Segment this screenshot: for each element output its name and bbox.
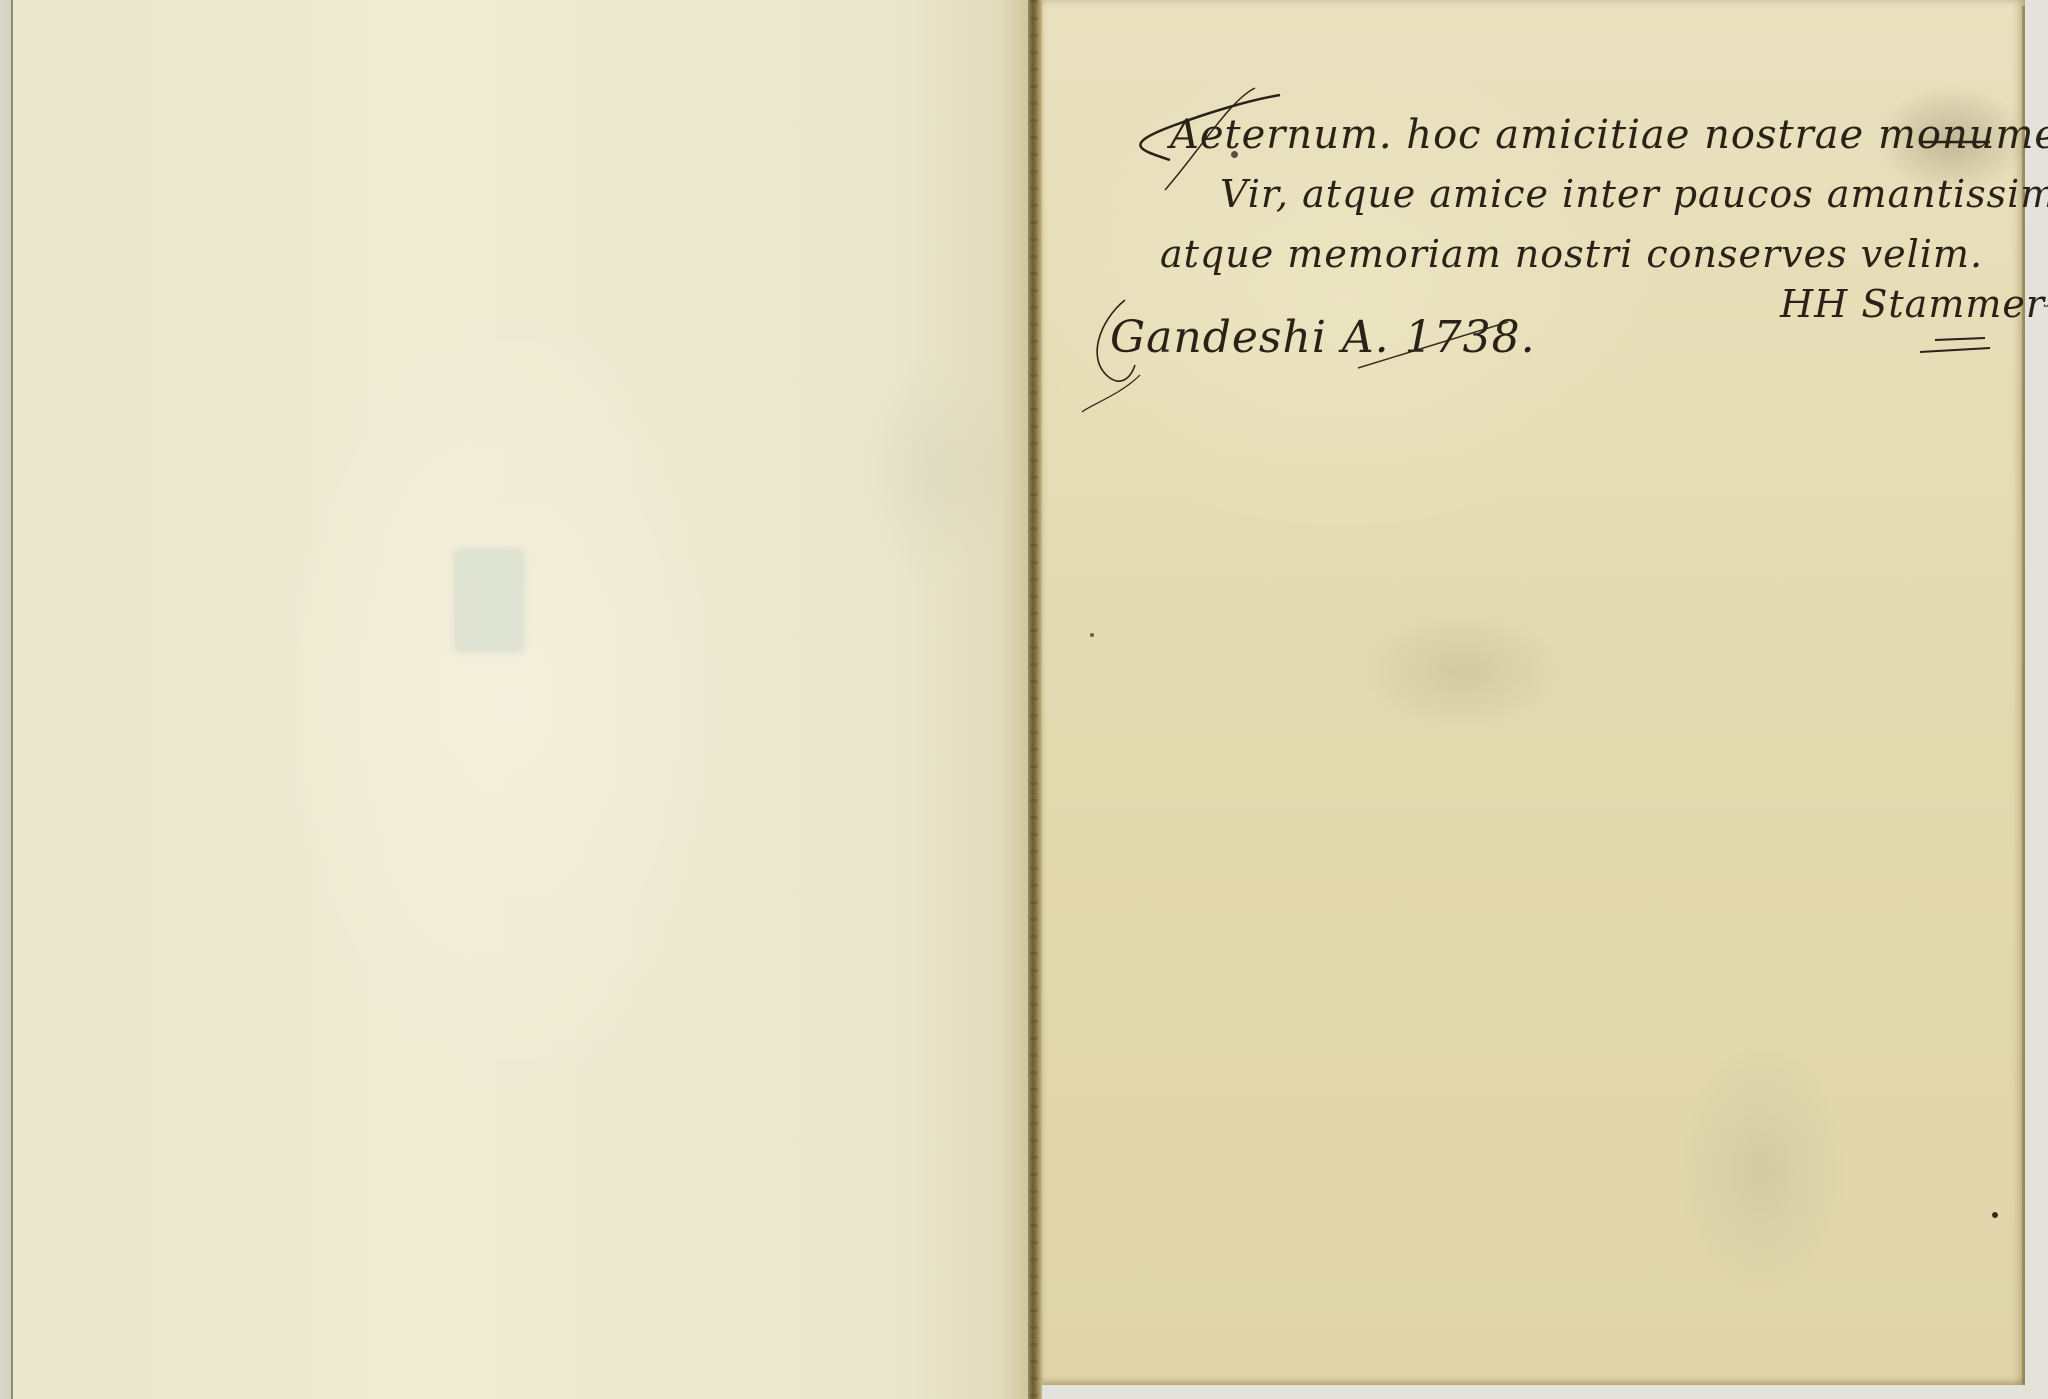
- bleed-through-mark: [453, 548, 525, 653]
- document-scan: Aeternum. hoc amicitiae nostrae monument…: [0, 0, 2048, 1399]
- ink-spot: [1090, 633, 1094, 637]
- inscription-line-1: Aeternum. hoc amicitiae nostrae monument…: [1170, 112, 2048, 158]
- left-page-blank: [13, 0, 1030, 1399]
- place-and-date: Gandeshi A. 1738.: [1110, 312, 1536, 363]
- inscription-line-2: Vir, atque amice inter paucos amantissim…: [1220, 172, 2048, 216]
- spine-texture: [1030, 0, 1038, 1399]
- inscription-line-3: atque memoriam nostri conserves velim.: [1160, 232, 1983, 276]
- ink-spot: [1992, 1212, 1998, 1218]
- signature-name: HH Stammer: [1780, 282, 2045, 326]
- signature: HH Stammerjun: [1780, 282, 2048, 326]
